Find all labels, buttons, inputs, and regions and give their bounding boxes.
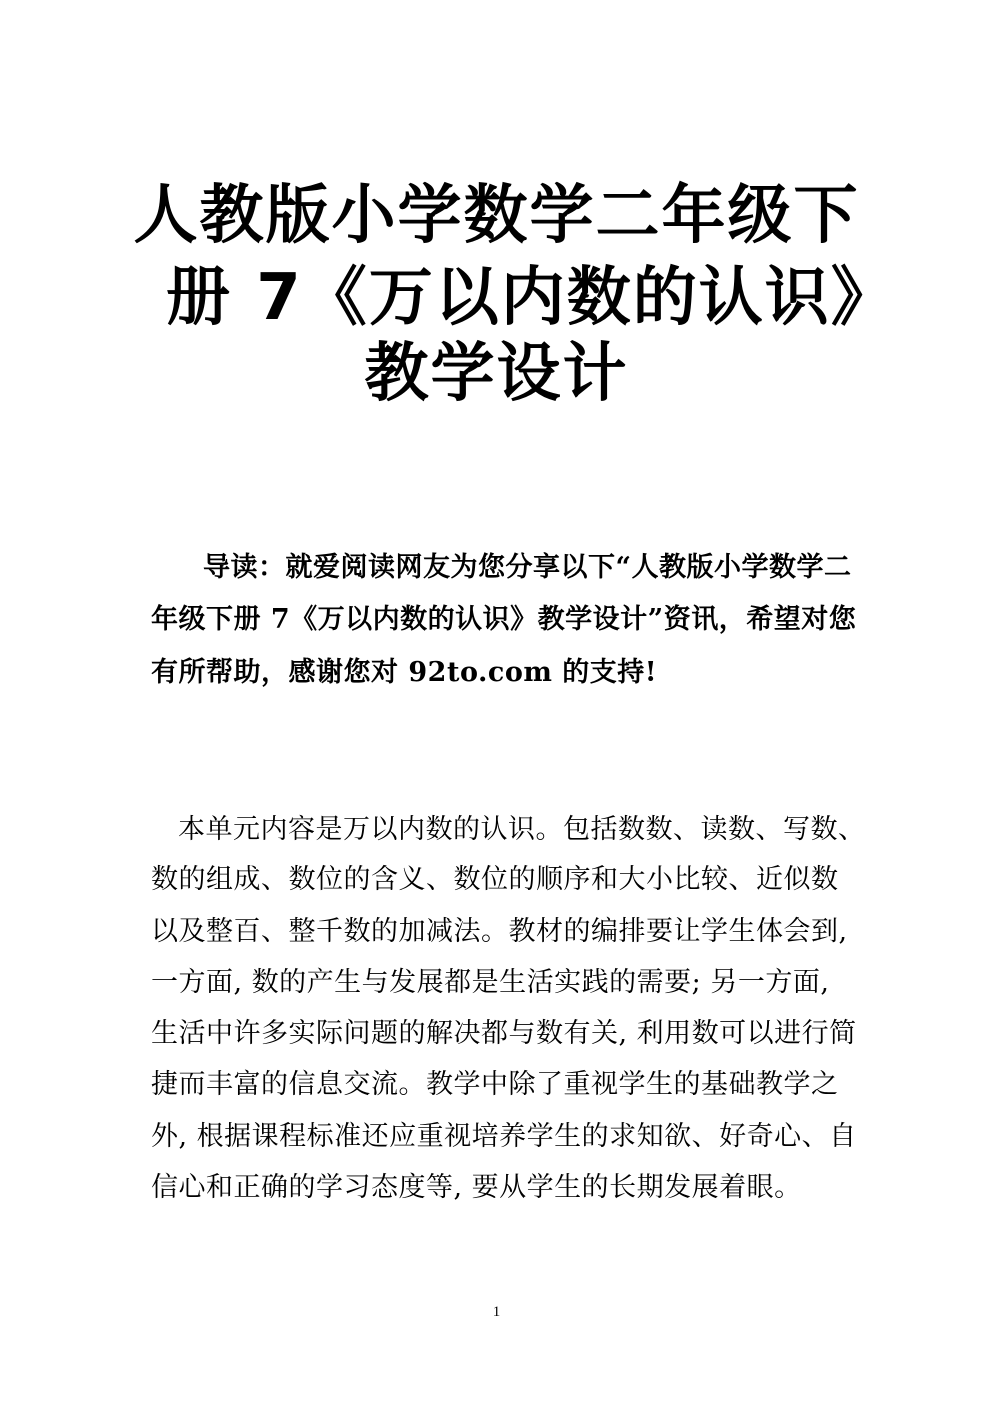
body-line-2: 数的组成、数位的含义、数位的顺序和大小比较、近似数 xyxy=(151,862,839,898)
body-line-8: 信心和正确的学习态度等, 要从学生的长期发展着眼。 xyxy=(151,1170,802,1206)
body-line-3: 以及整百、整千数的加减法。教材的编排要让学生体会到, xyxy=(151,914,848,950)
intro-line-3: 有所帮助，感谢您对 92to.com 的支持! xyxy=(151,655,657,691)
body-line-6: 捷而丰富的信息交流。教学中除了重视学生的基础教学之 xyxy=(151,1067,839,1103)
body-line-1: 本单元内容是万以内数的认识。包括数数、读数、写数、 xyxy=(178,812,866,848)
title-line-1: 人教版小学数学二年级下 xyxy=(0,176,993,256)
body-line-7: 外, 根据课程标准还应重视培养学生的求知欲、好奇心、自 xyxy=(151,1119,857,1155)
title-line-2: 册 7《万以内数的认识》 xyxy=(166,258,897,338)
page-number: 1 xyxy=(0,1303,993,1321)
document-page: 人教版小学数学二年级下 册 7《万以内数的认识》 教学设计 导读：就爱阅读网友为… xyxy=(0,0,993,1404)
body-line-4: 一方面, 数的产生与发展都是生活实践的需要; 另一方面, xyxy=(151,965,829,1001)
intro-line-2: 年级下册 7《万以内数的认识》教学设计”资讯，希望对您 xyxy=(151,602,856,638)
intro-line-1: 导读：就爱阅读网友为您分享以下“人教版小学数学二 xyxy=(203,550,852,586)
body-line-5: 生活中许多实际问题的解决都与数有关, 利用数可以进行简 xyxy=(151,1016,857,1052)
title-line-3: 教学设计 xyxy=(0,334,993,414)
